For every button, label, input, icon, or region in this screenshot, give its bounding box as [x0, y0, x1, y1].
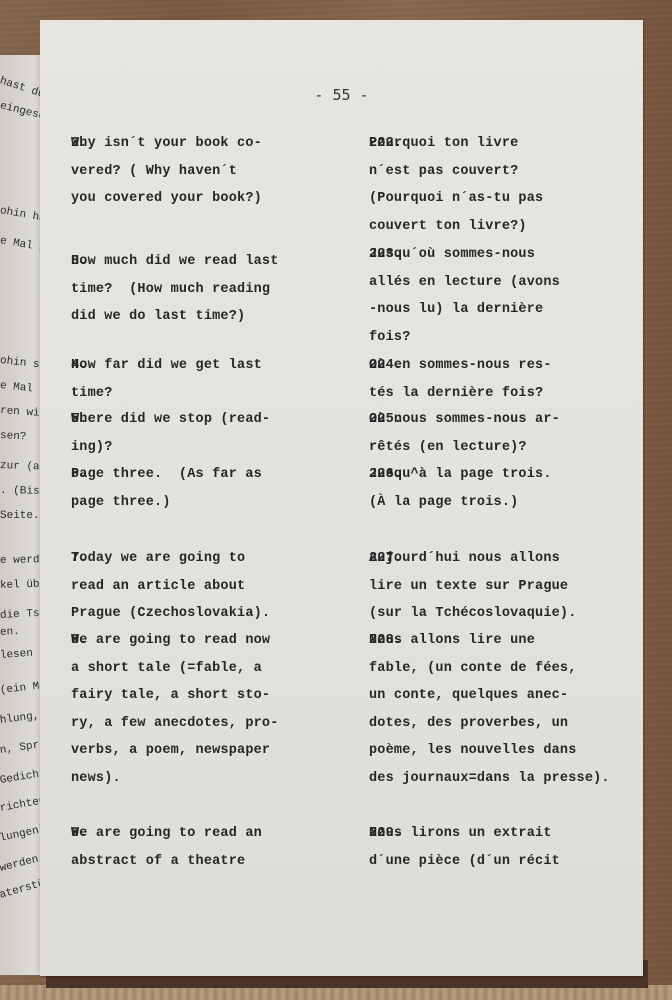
entry-text-line: poème, les nouvelles dans: [369, 737, 577, 765]
entry-text-line: Today we are going to: [71, 545, 245, 573]
entry-text-line: ry, a few anecdotes, pro-: [71, 710, 279, 738]
entry-text-line: time?: [71, 380, 113, 408]
facing-page-text: sen?: [0, 430, 27, 443]
entry-text-line: How far did we get last: [71, 352, 262, 380]
entry-text-line: Where did we stop (read-: [71, 406, 270, 434]
facing-page-text: en.: [0, 626, 20, 639]
entry-text-line: (sur la Tchécoslovaquie).: [369, 600, 577, 628]
entry-text-line: Nous allons lire une: [369, 627, 535, 655]
entry-text-line: did we do last time?): [71, 303, 245, 331]
entry-text-line: Jusqu´où sommes-nous: [369, 241, 535, 269]
entry-text-line: fairy tale, a short sto-: [71, 682, 270, 710]
document-page: - 55 - 2.Why isn´t your book co-vered? (…: [40, 20, 643, 976]
entry-text-line: Nous lirons un extrait: [369, 820, 552, 848]
entry-text-line: Pourquoi ton livre: [369, 130, 518, 158]
entry-text-line: -nous lu) la dernière: [369, 296, 543, 324]
entry-text-line: We are going to read an: [71, 820, 262, 848]
entry-text-line: Page three. (As far as: [71, 461, 262, 489]
entry-text-line: fable, (un conte de fées,: [369, 655, 577, 683]
entry-text-line: page three.): [71, 489, 171, 517]
entry-text-line: you covered your book?): [71, 185, 262, 213]
entry-text-line: ing)?: [71, 434, 113, 462]
entry-text-line: couvert ton livre?): [369, 213, 527, 241]
entry-text-line: n´est pas couvert?: [369, 158, 518, 186]
entry-text-line: dotes, des proverbes, un: [369, 710, 568, 738]
entry-text-line: How much did we read last: [71, 248, 279, 276]
entry-text-line: time? (How much reading: [71, 276, 270, 304]
page-number: - 55 -: [40, 86, 643, 104]
entry-text-line: fois?: [369, 324, 411, 352]
entry-text-line: rêtés (en lecture)?: [369, 434, 527, 462]
entry-text-line: allés en lecture (avons: [369, 269, 560, 297]
entry-text-line: We are going to read now: [71, 627, 270, 655]
entry-text-line: read an article about: [71, 573, 245, 601]
entry-text-line: un conte, quelques anec-: [369, 682, 568, 710]
entry-text-line: (À la page trois.): [369, 489, 518, 517]
entry-text-line: Où nous sommes-nous ar-: [369, 406, 560, 434]
entry-text-line: d´une pièce (d´un récit: [369, 848, 560, 876]
entry-text-line: verbs, a poem, newspaper: [71, 737, 270, 765]
entry-text-line: (Pourquoi n´as-tu pas: [369, 185, 543, 213]
entry-text-line: des journaux=dans la presse).: [369, 765, 610, 793]
entry-text-line: vered? ( Why haven´t: [71, 158, 237, 186]
entry-text-line: a short tale (=fable, a: [71, 655, 262, 683]
entry-text-line: Jusqu^à la page trois.: [369, 461, 552, 489]
entry-text-line: tés la dernière fois?: [369, 380, 543, 408]
entry-text-line: Aujourd´hui nous allons: [369, 545, 560, 573]
entry-text-line: abstract of a theatre: [71, 848, 245, 876]
entry-text-line: lire un texte sur Prague: [369, 573, 568, 601]
entry-text-line: Prague (Czechoslovakia).: [71, 600, 270, 628]
entry-text-line: news).: [71, 765, 121, 793]
entry-text-line: Où en sommes-nous res-: [369, 352, 552, 380]
entry-text-line: Why isn´t your book co-: [71, 130, 262, 158]
